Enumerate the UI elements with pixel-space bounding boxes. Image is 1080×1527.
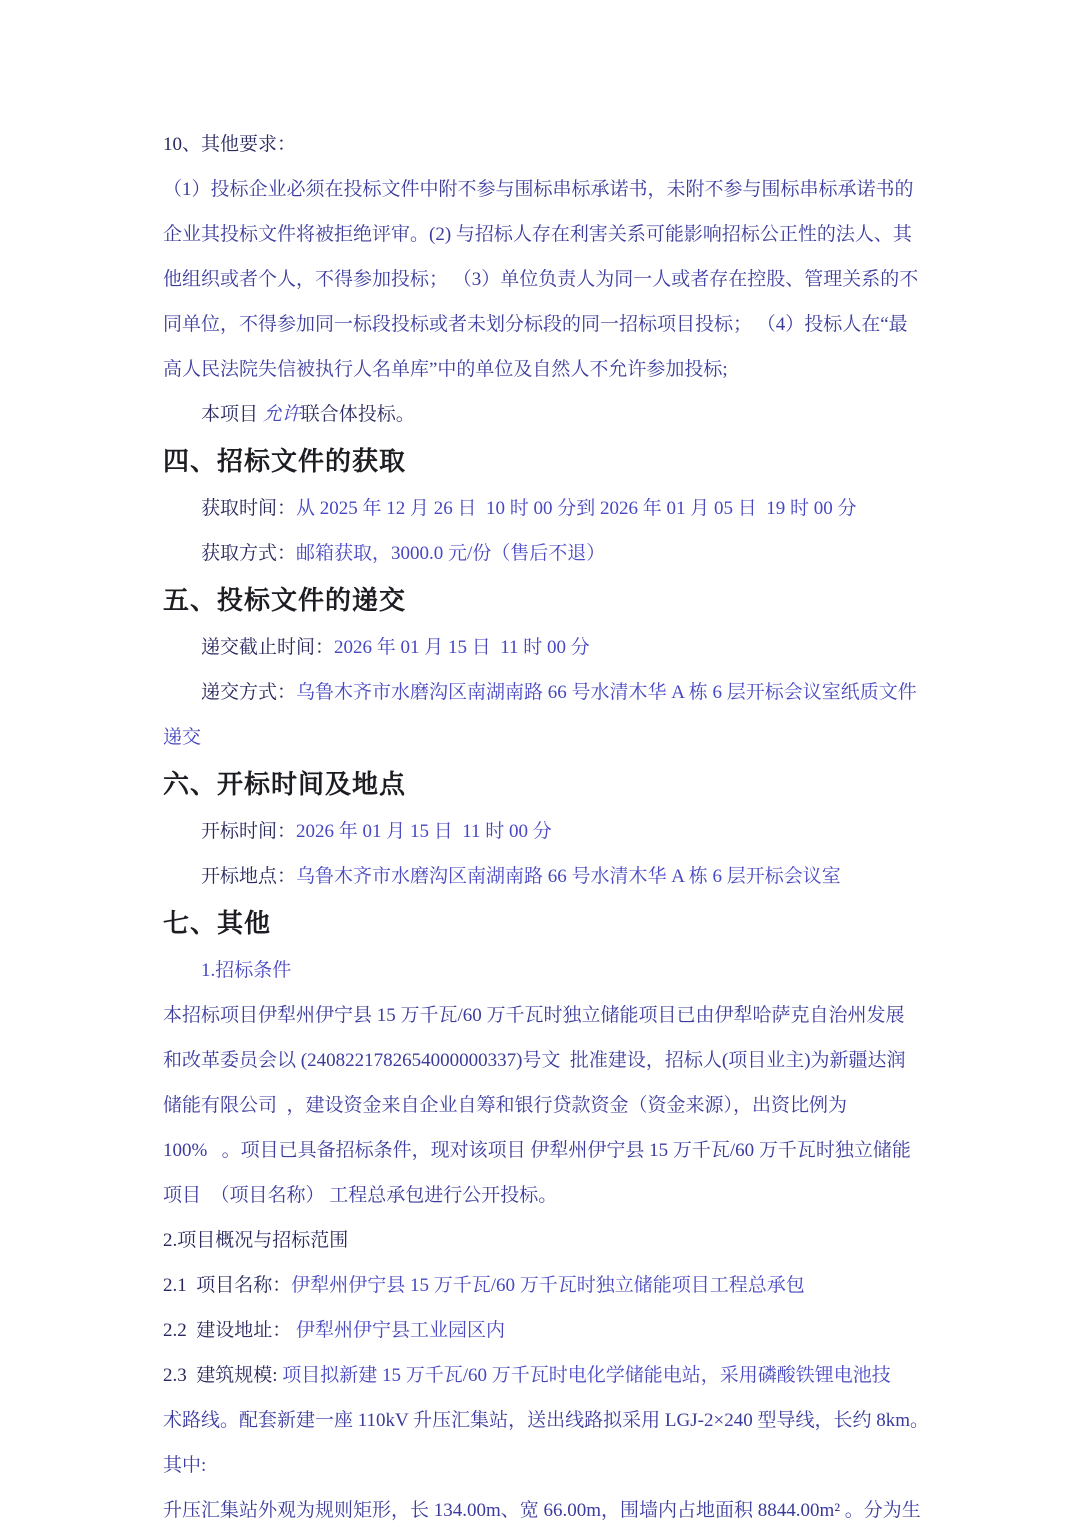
text-line: 1.招标条件 [163, 948, 935, 993]
text-segment: 企业其投标文件将被拒绝评审。(2) 与招标人存在利害关系可能影响招标公正性的法人… [163, 224, 912, 245]
text-segment: 联合体投标。 [301, 404, 415, 425]
text-segment: 他组织或者个人，不得参加投标； （3）单位负责人为同一人或者存在控股、管理关系的… [163, 269, 918, 290]
text-segment: 1.招标条件 [201, 960, 291, 981]
text-segment: 四、招标文件的获取 [163, 446, 406, 476]
section-heading: 四、招标文件的获取 [163, 437, 935, 486]
text-segment: 项目 （项目名称） 工程总承包进行公开投标。 [163, 1185, 557, 1206]
text-line: 开标时间：2026 年 01 月 15 日 11 时 00 分 [163, 809, 935, 854]
text-line: 2.3 建筑规模: 项目拟新建 15 万千瓦/60 万千瓦时电化学储能电站，采用… [163, 1353, 935, 1398]
text-line: 递交 [163, 715, 935, 760]
text-line: 开标地点：乌鲁木齐市水磨沟区南湖南路 66 号水清木华 A 栋 6 层开标会议室 [163, 854, 935, 899]
text-segment: 乌鲁木齐市水磨沟区南湖南路 66 号水清木华 A 栋 6 层开标会议室纸质文件 [296, 682, 917, 703]
text-segment: 获取时间： [201, 498, 296, 519]
text-segment: 2.2 建设地址： [163, 1320, 296, 1341]
text-segment: 开标时间： [201, 821, 296, 842]
text-segment: 伊犁州伊宁县 15 万千瓦/60 万千瓦时独立储能项目工程总承包 [291, 1275, 805, 1296]
text-segment: 邮箱获取，3000.0 元/份（售后不退） [296, 543, 605, 564]
text-segment: 和改革委员会以 (2408221782654000000337)号文 批准建设，… [163, 1050, 906, 1071]
section-heading: 五、投标文件的递交 [163, 576, 935, 625]
text-line: 10、其他要求： [163, 122, 935, 167]
text-segment: 伊犁州伊宁县工业园区内 [296, 1320, 505, 1341]
text-line: 获取方式：邮箱获取，3000.0 元/份（售后不退） [163, 531, 935, 576]
text-line: 同单位，不得参加同一标段投标或者未划分标段的同一招标项目投标； （4）投标人在“… [163, 302, 935, 347]
text-segment: 获取方式： [201, 543, 296, 564]
text-line: （1）投标企业必须在投标文件中附不参与围标串标承诺书，未附不参与围标串标承诺书的 [163, 167, 935, 212]
text-segment: 允许 [263, 404, 301, 425]
text-segment: 递交 [163, 727, 201, 748]
text-segment: 本招标项目伊犁州伊宁县 15 万千瓦/60 万千瓦时独立储能项目已由伊犁哈萨克自… [163, 1005, 905, 1026]
text-line: 2.项目概况与招标范围 [163, 1218, 935, 1263]
text-line: 储能有限公司 ，建设资金来自企业自筹和银行贷款资金（资金来源），出资比例为 [163, 1083, 935, 1128]
text-segment: 2026 年 01 月 15 日 11 时 00 分 [296, 821, 552, 842]
tender-notice-document-page: 10、其他要求：（1）投标企业必须在投标文件中附不参与围标串标承诺书，未附不参与… [0, 0, 1080, 1527]
text-segment: 2.1 项目名称： [163, 1275, 291, 1296]
text-line: 递交方式：乌鲁木齐市水磨沟区南湖南路 66 号水清木华 A 栋 6 层开标会议室… [163, 670, 935, 715]
text-segment: 其中: [163, 1455, 206, 1476]
text-segment: 升压汇集站外观为规则矩形，长 134.00m、宽 66.00m，围墙内占地面积 … [163, 1500, 921, 1521]
text-line: 其中: [163, 1443, 935, 1488]
text-line: 获取时间：从 2025 年 12 月 26 日 10 时 00 分到 2026 … [163, 486, 935, 531]
text-segment: 2.3 建筑规模: [163, 1365, 282, 1386]
text-line: 升压汇集站外观为规则矩形，长 134.00m、宽 66.00m，围墙内占地面积 … [163, 1488, 935, 1527]
text-segment: 开标地点： [201, 866, 296, 887]
text-line: 本招标项目伊犁州伊宁县 15 万千瓦/60 万千瓦时独立储能项目已由伊犁哈萨克自… [163, 993, 935, 1038]
text-segment: 2026 年 01 月 15 日 11 时 00 分 [334, 637, 590, 658]
text-segment: 递交截止时间： [201, 637, 334, 658]
section-heading: 七、其他 [163, 899, 935, 948]
text-line: 项目 （项目名称） 工程总承包进行公开投标。 [163, 1173, 935, 1218]
text-segment: （1）投标企业必须在投标文件中附不参与围标串标承诺书，未附不参与围标串标承诺书的 [163, 179, 914, 200]
document-body: 10、其他要求：（1）投标企业必须在投标文件中附不参与围标串标承诺书，未附不参与… [163, 122, 935, 1527]
text-segment: 从 2025 年 12 月 26 日 10 时 00 分到 2026 年 01 … [296, 498, 857, 519]
text-segment: 七、其他 [163, 908, 271, 938]
text-segment: 同单位，不得参加同一标段投标或者未划分标段的同一招标项目投标； （4）投标人在“… [163, 314, 908, 335]
text-line: 术路线。配套新建一座 110kV 升压汇集站，送出线路拟采用 LGJ-2×240… [163, 1398, 935, 1443]
text-line: 2.1 项目名称：伊犁州伊宁县 15 万千瓦/60 万千瓦时独立储能项目工程总承… [163, 1263, 935, 1308]
text-segment: 本项目 [201, 404, 263, 425]
text-segment: 五、投标文件的递交 [163, 585, 406, 615]
text-line: 本项目 允许联合体投标。 [163, 392, 935, 437]
text-segment: 储能有限公司 ，建设资金来自企业自筹和银行贷款资金（资金来源），出资比例为 [163, 1095, 847, 1116]
text-line: 高人民法院失信被执行人名单库”中的单位及自然人不允许参加投标; [163, 347, 935, 392]
text-line: 2.2 建设地址： 伊犁州伊宁县工业园区内 [163, 1308, 935, 1353]
text-segment: 10、其他要求： [163, 134, 296, 155]
section-heading: 六、开标时间及地点 [163, 760, 935, 809]
text-segment: 2.项目概况与招标范围 [163, 1230, 348, 1251]
text-line: 100% 。项目已具备招标条件，现对该项目 伊犁州伊宁县 15 万千瓦/60 万… [163, 1128, 935, 1173]
text-segment: 递交方式： [201, 682, 296, 703]
text-line: 企业其投标文件将被拒绝评审。(2) 与招标人存在利害关系可能影响招标公正性的法人… [163, 212, 935, 257]
text-segment: 高人民法院失信被执行人名单库”中的单位及自然人不允许参加投标; [163, 359, 728, 380]
text-segment: 术路线。配套新建一座 110kV 升压汇集站，送出线路拟采用 LGJ-2×240… [163, 1410, 929, 1431]
text-segment: 项目拟新建 15 万千瓦/60 万千瓦时电化学储能电站，采用磷酸铁锂电池技 [282, 1365, 891, 1386]
text-segment: 乌鲁木齐市水磨沟区南湖南路 66 号水清木华 A 栋 6 层开标会议室 [296, 866, 841, 887]
text-line: 和改革委员会以 (2408221782654000000337)号文 批准建设，… [163, 1038, 935, 1083]
text-segment: 六、开标时间及地点 [163, 769, 406, 799]
text-line: 他组织或者个人，不得参加投标； （3）单位负责人为同一人或者存在控股、管理关系的… [163, 257, 935, 302]
text-line: 递交截止时间：2026 年 01 月 15 日 11 时 00 分 [163, 625, 935, 670]
text-segment: 100% 。项目已具备招标条件，现对该项目 伊犁州伊宁县 15 万千瓦/60 万… [163, 1140, 911, 1161]
